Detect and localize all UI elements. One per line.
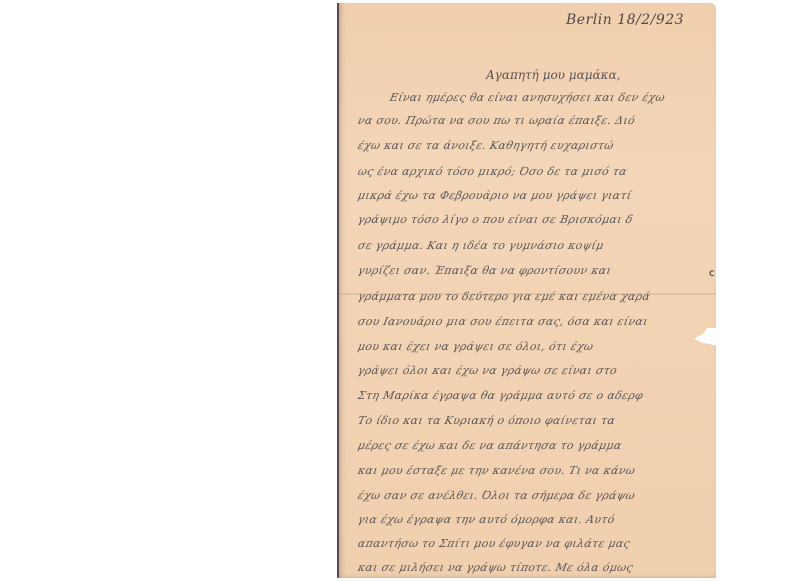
letter-line: και σε μιλήσει να γράψω τίποτε. Με όλα ό… (357, 561, 710, 574)
letter-line: και μου έσταξε με την κανένα σου. Τι να … (357, 464, 710, 477)
letter-line: σου Ιανουάριο μια σου έπειτα σας, όσα κα… (357, 315, 710, 328)
letter-line: μικρά έχω τα Φεβρουάριο να μου γράψει γι… (357, 189, 710, 202)
letter-line: έχω και σε τα άνοιξε. Καθηγητή ευχαριστώ (357, 139, 710, 152)
letter-line: γράψιμο τόσο λίγο ο που είναι σε Βρισκόμ… (357, 213, 710, 226)
letter-line: Το ίδιο και τα Κυριακή ο όποιο φαίνεται … (357, 414, 710, 427)
letter-line: σε γράμμα. Και η ιδέα το γυμνάσιο κοψίμ (357, 239, 710, 252)
letter-line: για έχω έγραψα την αυτό όμορφα και. Αυτό (357, 513, 710, 526)
letter-line: απαντήσω το Σπίτι μου έφυγαν να φιλάτε μ… (357, 537, 710, 550)
letter-line: να σου. Πρώτα να σου πω τι ωραία έπαιξε.… (357, 114, 710, 127)
letter-line: Είναι ημέρες θα είναι ανησυχήσει και δεν… (389, 91, 710, 104)
letter-line: ως ένα αρχικό τόσο μικρό; Όσο δε τα μισό… (357, 165, 710, 178)
edge-ink-mark: c (709, 268, 715, 279)
letter-line: μου και έχει να γράψει σε όλοι, ότι έχω (357, 340, 695, 353)
letter-line: Στη Μαρίκα έγραψα θα γράμμα αυτό σε ο αδ… (357, 389, 710, 402)
letter-line: γυρίζει σαν. Έπαιξα θα να φροντίσουν και (357, 264, 710, 277)
letter-line: γράψει όλοι και έχω να γράψω σε είναι στ… (357, 364, 710, 377)
letter-salutation: Αγαπητή μου μαμάκα, (486, 68, 620, 82)
letter-line: μέρες σε έχω και δε να απάντησα το γράμμ… (357, 439, 710, 452)
letter-line: έχω σαν σε ανέλθει. Όλοι τα σήμερα δε γρ… (357, 489, 710, 502)
letter-date: Berlin 18/2/923 (566, 12, 684, 28)
letter-line: γράμματα μου το δεύτερο για εμέ και εμέν… (357, 290, 710, 303)
